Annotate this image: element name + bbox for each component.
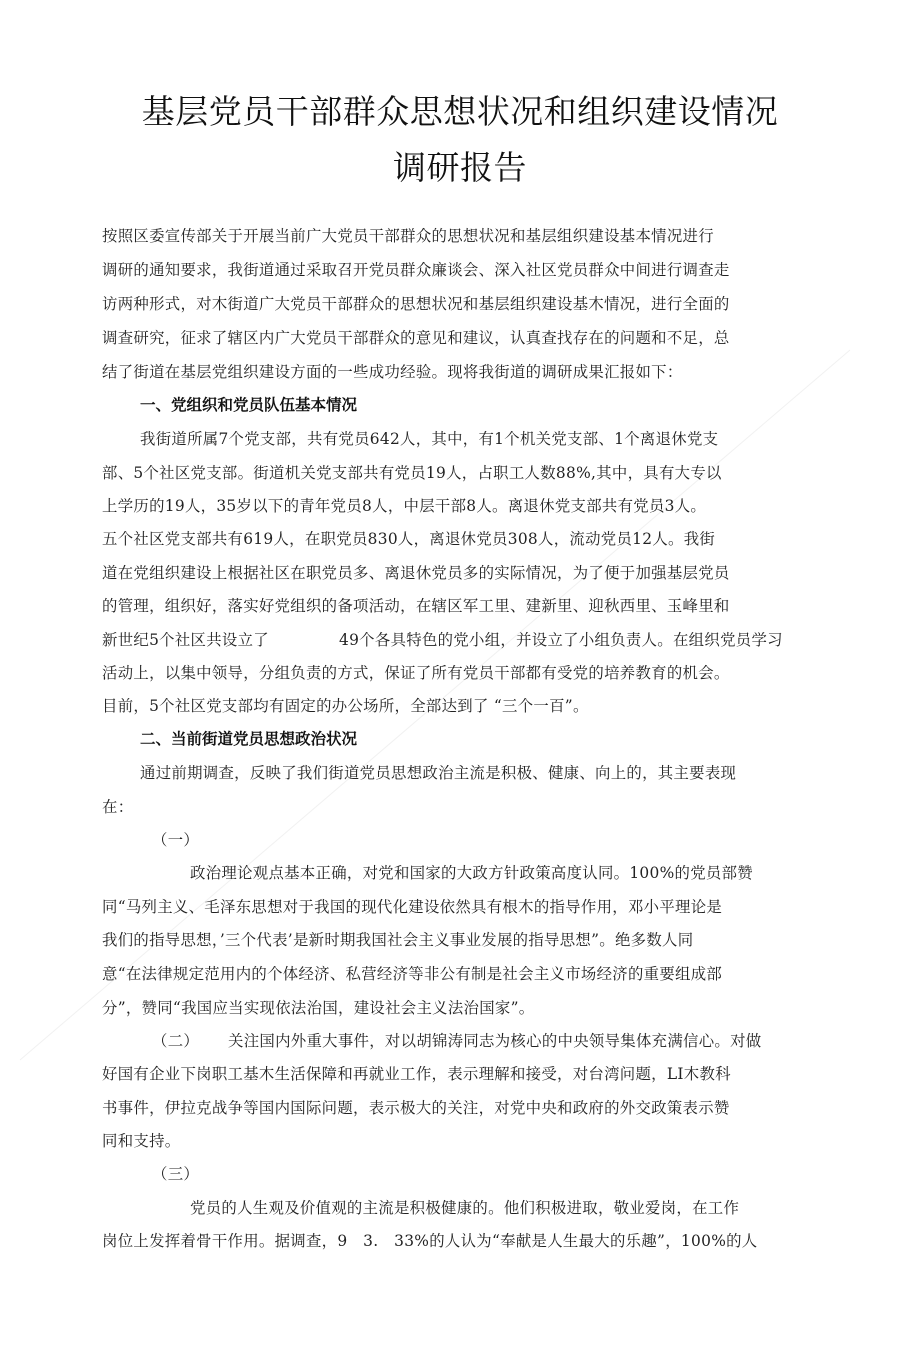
section-heading-2: 二、当前街道党员思想政治状况 <box>140 727 357 749</box>
paragraph-line: 的管理，组织好，落实好党组织的备项活动，在辖区军工里、建新里、迎秋西里、玉峰里和 <box>102 594 730 616</box>
paragraph-line: 49个各具特色的党小组，并设立了小组负责人。在组织党员学习 <box>339 628 783 650</box>
document-title-line1: 基层党员干部群众思想状况和组织建设情况 <box>0 86 920 133</box>
paragraph-line: 活动上，以集中领导，分组负责的方式，保证了所有党员干部都有受党的培养教育的机会。 <box>102 661 730 683</box>
intro-line: 按照区委宣传部关于开展当前广大党员干部群众的思想状况和基层组织建设基本情况进行 <box>102 224 714 246</box>
intro-line: 调查研究，征求了辖区内广大党员干部群众的意见和建议，认真查找存在的问题和不足，总 <box>102 326 730 348</box>
paragraph-line: 我们的指导思想，’三个代表’是新时期我国社会主义事业发展的指导思想”。绝多数人同 <box>102 928 693 950</box>
paragraph-line: 目前，5个社区党支部均有固定的办公场所，全部达到了 “三个一百”。 <box>102 694 589 716</box>
paragraph-line: 分”，赞同“我国应当实现依法治国，建设社会主义法治国家”。 <box>102 996 534 1018</box>
paragraph-line: 新世纪5个社区共设立了 <box>102 628 269 650</box>
paragraph-line: 在： <box>102 795 133 817</box>
intro-line: 结了街道在基层党组织建设方面的一些成功经验。现将我街道的调研成果汇报如下： <box>102 360 683 382</box>
intro-line: 调研的通知要求，我街道通过采取召开党员群众廉谈会、深入社区党员群众中间进行调查走 <box>102 258 730 280</box>
paragraph-line: 道在党组织建设上根据社区在职党员多、离退休党员多的实际情况，为了便于加强基层党员 <box>102 561 730 583</box>
paragraph-line: 政治理论观点基本正确，对党和国家的大政方针政策高度认同。100%的党员部赞 <box>190 861 753 883</box>
paragraph-line: 岗位上发挥着骨干作用。据调查，9 3. 33%的人认为“奉献是人生最大的乐趣”，… <box>102 1229 758 1251</box>
item-label-1: （一） <box>152 828 199 850</box>
paragraph-line: 意“在法律规定范用内的个体经济、私营经济等非公有制是社会主义市场经济的重要组成部 <box>102 962 722 984</box>
document-title-line2: 调研报告 <box>0 142 920 189</box>
paragraph-line: 书事件，伊拉克战争等国内国际问题，表示极大的关注，对党中央和政府的外交政策表示赞 <box>102 1096 730 1118</box>
paragraph-line: 同“马列主义、毛泽东思想对于我国的现代化建设依然具有根木的指导作用，邓小平理论是 <box>102 895 722 917</box>
intro-line: 访两种形式，对木街道广大党员干部群众的思想状况和基层组织建设基木情况，进行全面的 <box>102 292 730 314</box>
paragraph-line: 上学历的19人，35岁以下的青年党员8人，中层干部8人。离退休党支部共有党员3人… <box>102 494 706 516</box>
paragraph-line: 好国有企业下岗职工基木生活保障和再就业工作，表示理解和接受，对台湾问题，LI木教… <box>102 1062 731 1084</box>
paragraph-line: 部、5个社区党支部。街道机关党支部共有党员19人，占职工人数88%,其中，具有大… <box>102 461 722 483</box>
section-heading-1: 一、党组织和党员队伍基本情况 <box>140 393 357 415</box>
paragraph-line: 通过前期调查，反映了我们街道党员思想政治主流是积极、健康、向上的，其主要表现 <box>140 761 736 783</box>
paragraph-line: 五个社区党支部共有619人，在职党员830人，离退休党员308人，流动党员12人… <box>102 527 715 549</box>
paragraph-line: 同和支持。 <box>102 1129 180 1151</box>
item-label-2: （二） <box>152 1029 199 1051</box>
paragraph-line: 我街道所属7个党支部，共有党员642人，其中，有1个机关党支部、1个离退休党支 <box>140 427 718 449</box>
item-label-3: （三） <box>152 1162 199 1184</box>
document-page: 基层党员干部群众思想状况和组织建设情况 调研报告 按照区委宣传部关于开展当前广大… <box>0 0 920 1361</box>
paragraph-line: 党员的人生观及价值观的主流是积极健康的。他们积极进取，敬业爱岗，在工作 <box>190 1196 739 1218</box>
paragraph-line: 关注国内外重大事件，对以胡锦涛同志为核心的中央领导集体充满信心。对做 <box>228 1029 761 1051</box>
